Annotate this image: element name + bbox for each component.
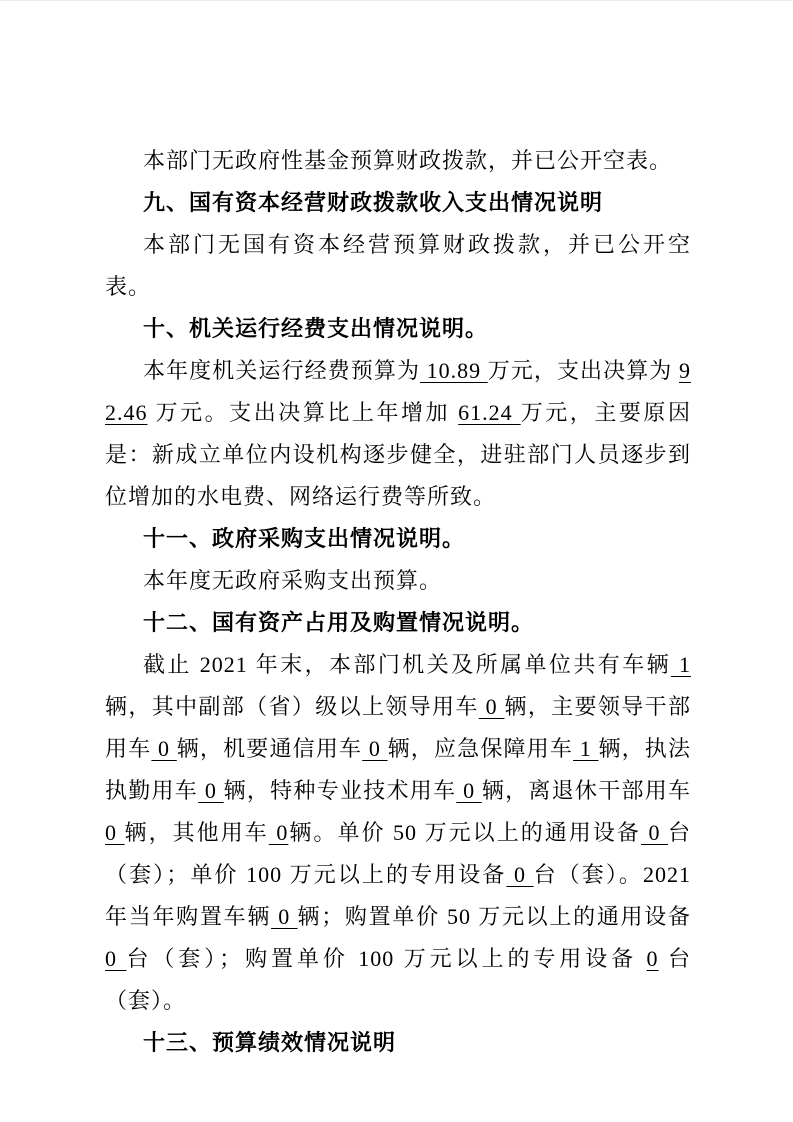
underlined-value: 0 bbox=[151, 736, 176, 761]
underlined-value: 0 bbox=[271, 904, 297, 929]
text-run: 十二、国有资产占用及购置情况说明。 bbox=[143, 610, 534, 635]
text-run: 辆，应急保障用车 bbox=[388, 736, 573, 761]
underlined-value: 0 bbox=[105, 820, 125, 845]
underlined-value: 0 bbox=[362, 736, 387, 761]
underlined-value: 0 bbox=[105, 946, 126, 971]
text-run: 万元。支出决算比上年增加 bbox=[148, 400, 459, 425]
text-run: 辆，机要通信用车 bbox=[177, 736, 362, 761]
text-run: 十一、政府采购支出情况说明。 bbox=[143, 526, 465, 551]
underlined-value: 1 bbox=[573, 736, 598, 761]
text-run: 辆。单价 50 万元以上的通用设备 bbox=[288, 820, 641, 845]
paragraph: 本年度机关运行经费预算为 10.89 万元，支出决算为 92.46 万元。支出决… bbox=[105, 350, 691, 518]
text-run: 九、国有资本经营财政拨款收入支出情况说明 bbox=[143, 190, 603, 215]
text-run: 本部门无政府性基金预算财政拨款，并已公开空表。 bbox=[143, 148, 672, 173]
text-run: 本年度无政府采购支出预算。 bbox=[143, 568, 442, 593]
text-run: 辆；购置单价 50 万元以上的通用设备 bbox=[297, 904, 691, 929]
section-heading: 十二、国有资产占用及购置情况说明。 bbox=[105, 602, 691, 644]
text-run: 本部门无国有资本经营预算财政拨款，并已公开空表。 bbox=[105, 232, 691, 299]
paragraph: 本部门无国有资本经营预算财政拨款，并已公开空表。 bbox=[105, 224, 691, 308]
underlined-value: 0 bbox=[641, 820, 668, 845]
underlined-value: 1 bbox=[671, 652, 691, 677]
section-heading: 十一、政府采购支出情况说明。 bbox=[105, 518, 691, 560]
underlined-value: 0 bbox=[479, 694, 505, 719]
text-run: 台（套）；购置单价 100 万元以上的专用设备 bbox=[126, 946, 646, 971]
underlined-value: 0 bbox=[647, 946, 659, 971]
text-run: 辆，特种专业技术用车 bbox=[224, 778, 457, 803]
text-run: 辆，其他用车 bbox=[125, 820, 269, 845]
text-run: 截止 2021 年末，本部门机关及所属单位共有车辆 bbox=[143, 652, 671, 677]
text-run: 辆，离退休干部用车 bbox=[482, 778, 691, 803]
underlined-value: 10.89 bbox=[420, 358, 488, 383]
underlined-value: 0 bbox=[456, 778, 482, 803]
underlined-value: 0 bbox=[269, 820, 289, 845]
section-heading: 十、机关运行经费支出情况说明。 bbox=[105, 308, 691, 350]
paragraph: 本年度无政府采购支出预算。 bbox=[105, 560, 691, 602]
text-run: 万元，支出决算为 bbox=[488, 358, 679, 383]
underlined-value: 0 bbox=[198, 778, 224, 803]
underlined-value: 0 bbox=[506, 862, 533, 887]
text-run: 本年度机关运行经费预算为 bbox=[143, 358, 420, 383]
document-body: 本部门无政府性基金预算财政拨款，并已公开空表。九、国有资本经营财政拨款收入支出情… bbox=[105, 140, 691, 1064]
document-page: 本部门无政府性基金预算财政拨款，并已公开空表。九、国有资本经营财政拨款收入支出情… bbox=[0, 0, 793, 1122]
text-run: 十三、预算绩效情况说明 bbox=[143, 1030, 396, 1055]
section-heading: 十三、预算绩效情况说明 bbox=[105, 1022, 691, 1064]
section-heading: 九、国有资本经营财政拨款收入支出情况说明 bbox=[105, 182, 691, 224]
paragraph: 截止 2021 年末，本部门机关及所属单位共有车辆 1 辆，其中副部（省）级以上… bbox=[105, 644, 691, 1022]
text-run: 十、机关运行经费支出情况说明。 bbox=[143, 316, 488, 341]
underlined-value: 61.24 bbox=[458, 400, 521, 425]
paragraph: 本部门无政府性基金预算财政拨款，并已公开空表。 bbox=[105, 140, 691, 182]
text-run: 辆，其中副部（省）级以上领导用车 bbox=[105, 694, 479, 719]
